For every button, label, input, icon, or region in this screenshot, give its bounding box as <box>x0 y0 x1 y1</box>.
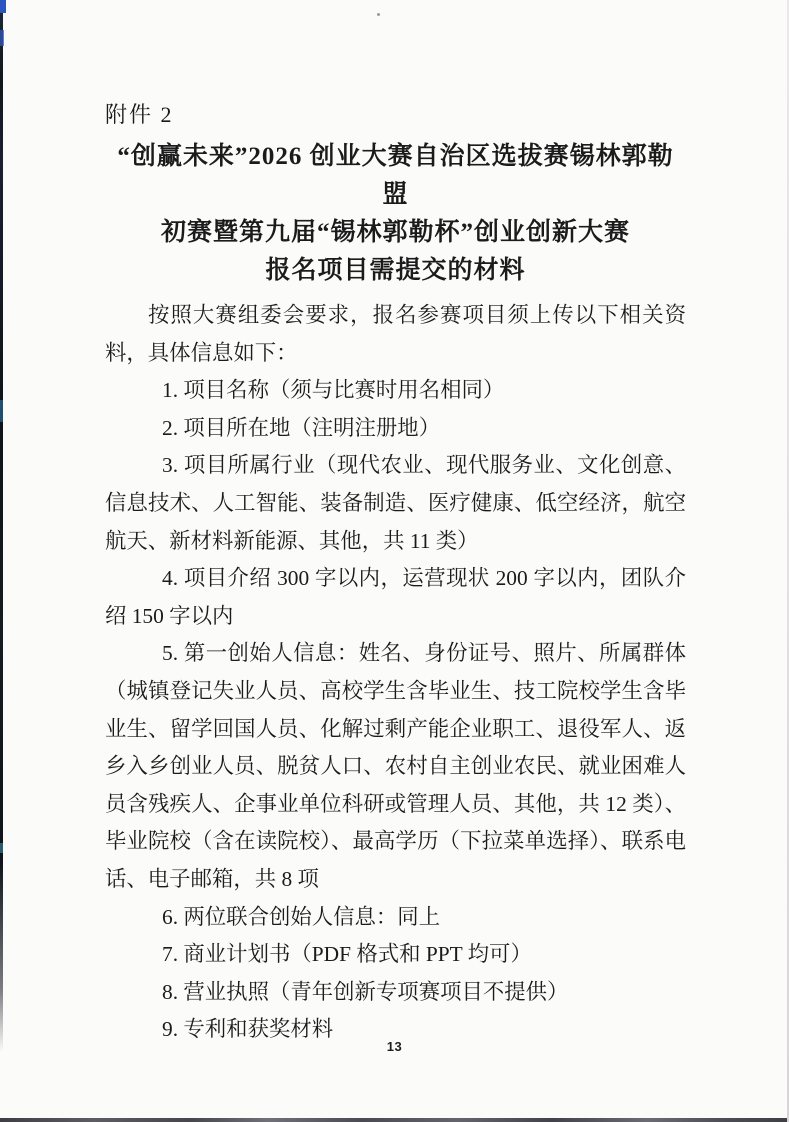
attachment-label: 附件 2 <box>105 100 686 130</box>
intro-paragraph: 按照大赛组委会要求，报名参赛项目须上传以下相关资料，具体信息如下： <box>105 297 686 372</box>
list-item-7: 7. 商业计划书（PDF 格式和 PPT 均可） <box>105 936 686 974</box>
list-item-1: 1. 项目名称（须与比赛时用名相同） <box>105 372 686 410</box>
list-item-8: 8. 营业执照（青年创新专项赛项目不提供） <box>105 974 686 1012</box>
document-body: 按照大赛组委会要求，报名参赛项目须上传以下相关资料，具体信息如下： 1. 项目名… <box>105 297 686 1049</box>
scan-artifact-mark <box>0 30 4 46</box>
document-content: 附件 2 “创赢未来”2026 创业大赛自治区选拔赛锡林郭勒盟 初赛暨第九届“锡… <box>105 100 686 1049</box>
scan-artifact-corner-mark <box>0 0 6 13</box>
document-title: “创赢未来”2026 创业大赛自治区选拔赛锡林郭勒盟 初赛暨第九届“锡林郭勒杯”… <box>105 138 686 290</box>
list-item-6: 6. 两位联合创始人信息：同上 <box>105 899 686 937</box>
list-item-4: 4. 项目介绍 300 字以内，运营现状 200 字以内，团队介绍 150 字以… <box>105 560 686 635</box>
scan-artifact-bottom-edge <box>0 1118 789 1122</box>
list-item-3: 3. 项目所属行业（现代农业、现代服务业、文化创意、信息技术、人工智能、装备制造… <box>105 447 686 560</box>
scan-artifact-mark <box>0 400 3 422</box>
scan-artifact-speck <box>377 13 380 16</box>
list-item-2: 2. 项目所在地（注明注册地） <box>105 410 686 448</box>
scan-artifact-mark <box>0 843 3 853</box>
document-page: 附件 2 “创赢未来”2026 创业大赛自治区选拔赛锡林郭勒盟 初赛暨第九届“锡… <box>0 0 789 1122</box>
page-number: 13 <box>0 1039 789 1054</box>
document-title-line-1: “创赢未来”2026 创业大赛自治区选拔赛锡林郭勒盟 <box>105 138 686 214</box>
scan-artifact-left-edge <box>0 0 3 1052</box>
document-title-line-3: 报名项目需提交的材料 <box>105 252 686 290</box>
list-item-5: 5. 第一创始人信息：姓名、身份证号、照片、所属群体（城镇登记失业人员、高校学生… <box>105 635 686 898</box>
document-title-line-2: 初赛暨第九届“锡林郭勒杯”创业创新大赛 <box>105 214 686 252</box>
